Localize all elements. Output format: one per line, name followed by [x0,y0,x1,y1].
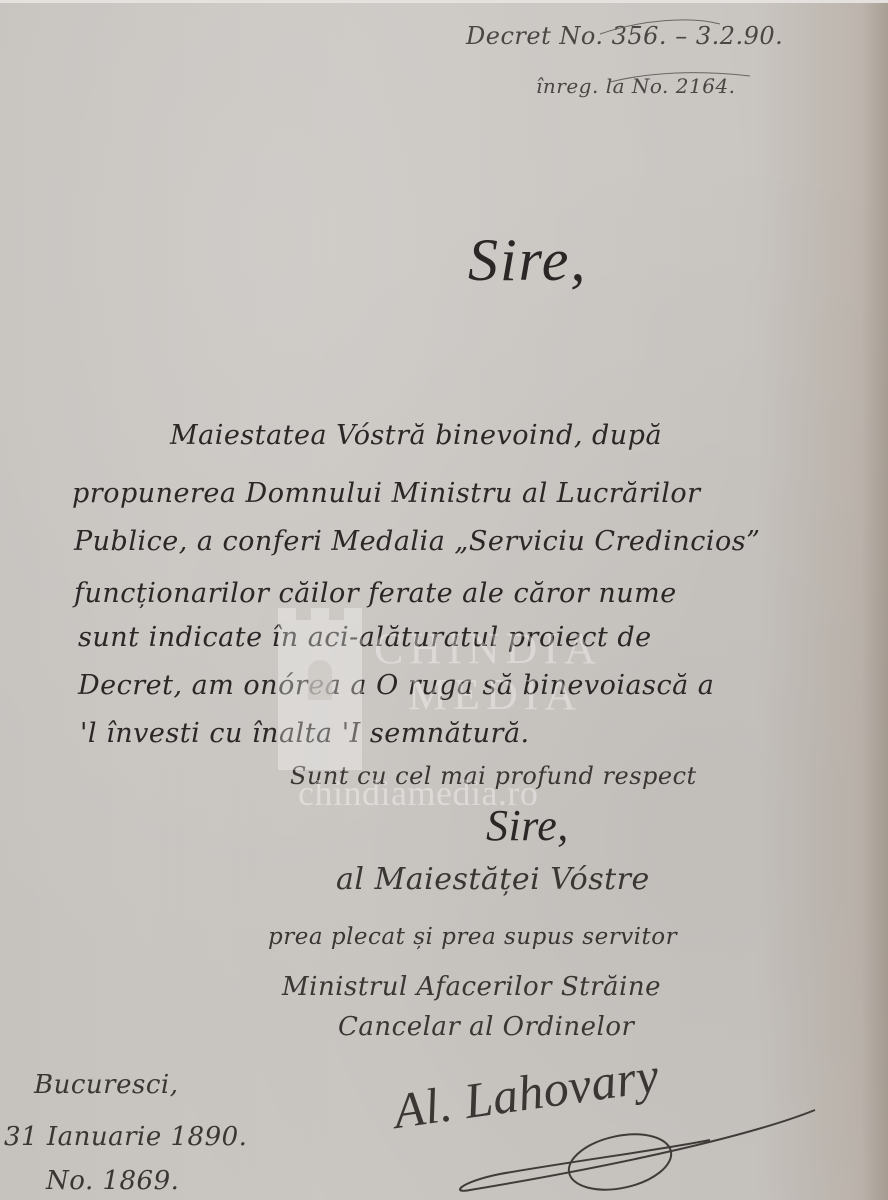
respect-line: Sunt cu cel mai profund respect [290,762,697,790]
registry-number-line: No. 1869. [46,1166,179,1196]
body-line-5: sunt indicate în aci-alăturatul proiect … [78,622,652,653]
salutation-heading: Sire, [468,226,587,295]
body-line-6: Decret, am onórea a O ruga să binevoiasc… [78,670,714,701]
body-line-4: funcționarilor căilor ferate ale căror n… [74,578,677,609]
header-flourish [600,14,780,94]
signature-flourish [440,1110,840,1200]
closing-salutation: Sire, [486,800,569,851]
page-top-edge [0,0,888,3]
servant-line: prea plecat și prea supus servitor [268,924,677,950]
minister-title-line: Ministrul Afacerilor Străine [282,972,661,1002]
body-line-2: propunerea Domnului Ministru al Lucrăril… [72,478,701,509]
place-line: Bucuresci, [34,1070,178,1100]
of-majesty-line: al Maiestăței Vóstre [336,862,650,897]
body-line-7: 'l învesti cu înalta 'I semnătură. [80,718,530,749]
chancellor-title-line: Cancelar al Ordinelor [338,1012,634,1042]
body-line-3: Publice, a conferi Medalia „Serviciu Cre… [74,526,760,557]
document-page: Decret No. 356. – 3.2.90. înreg. la No. … [0,0,888,1200]
body-line-1: Maiestatea Vóstră binevoind, după [170,420,662,451]
date-line: 31 Ianuarie 1890. [4,1122,247,1152]
